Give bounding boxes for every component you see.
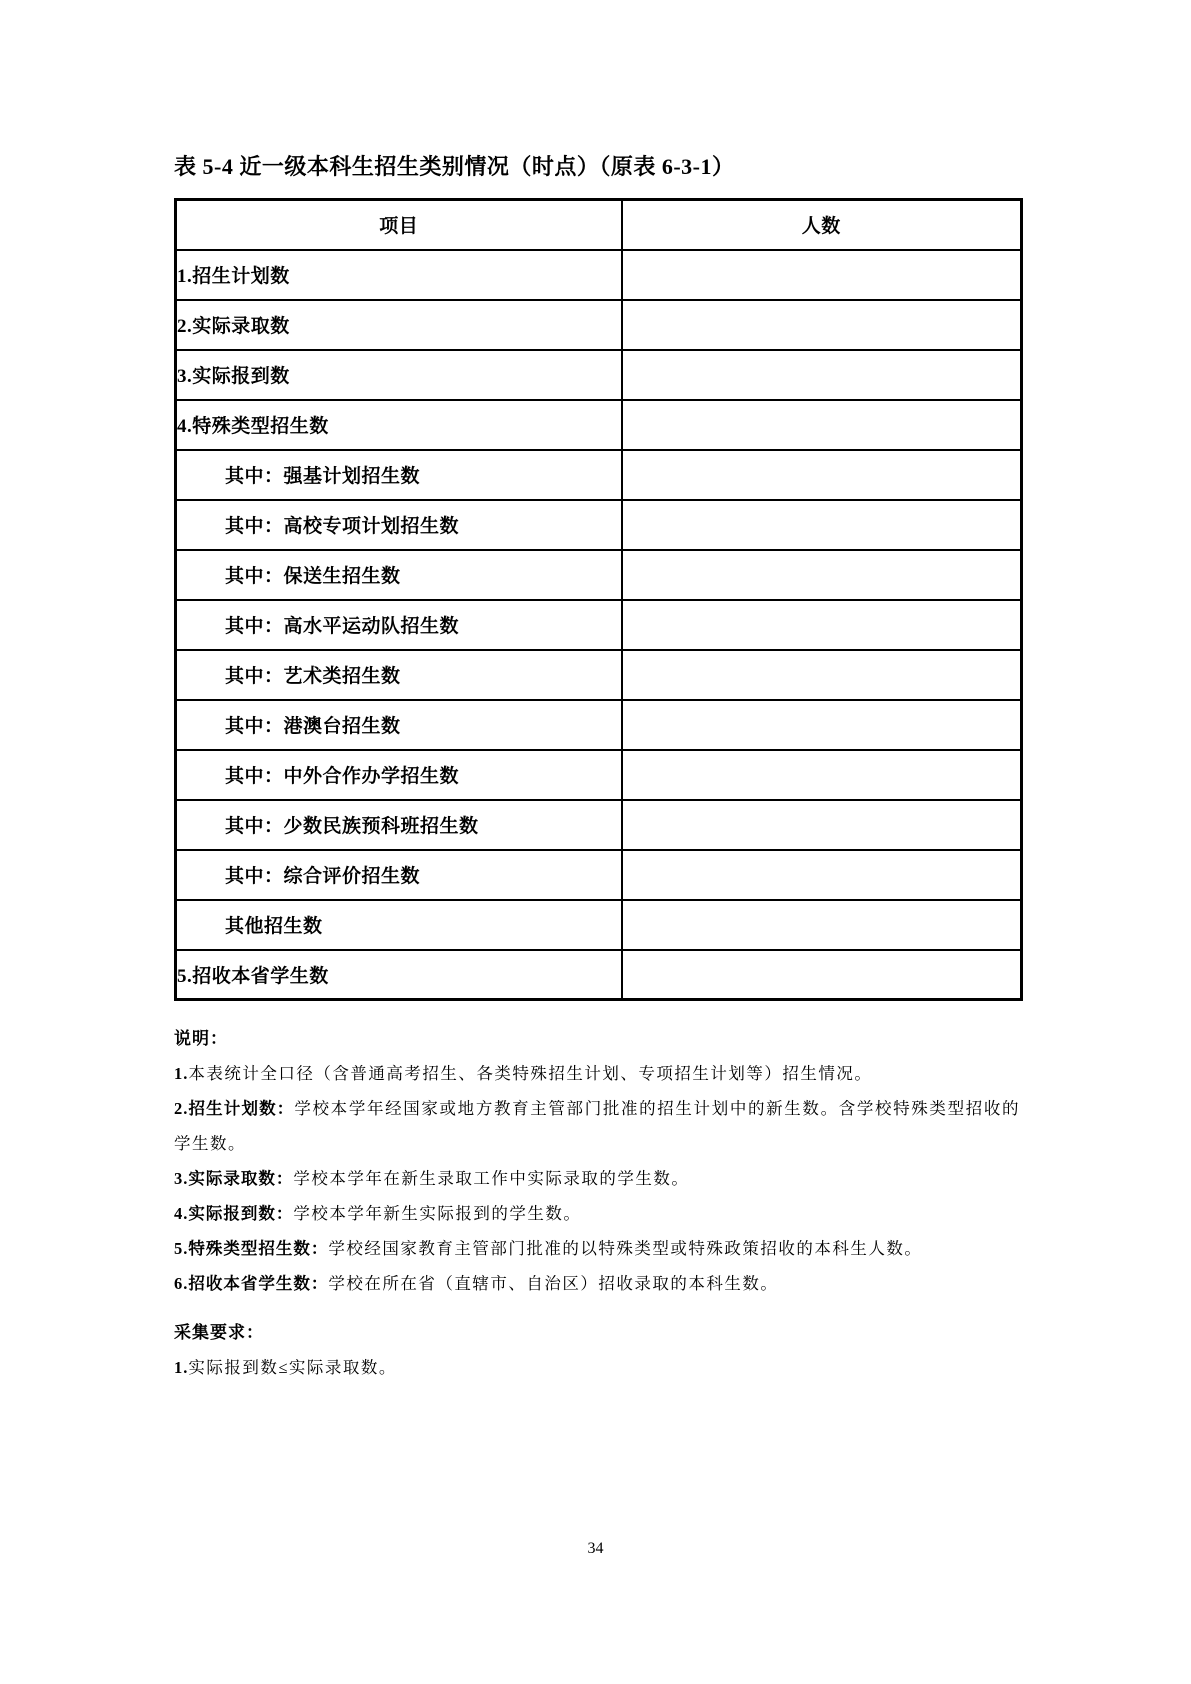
table-row: 其中：中外合作办学招生数 [176,750,1022,800]
note-item: 3.实际录取数：学校本学年在新生录取工作中实际录取的学生数。 [174,1161,1020,1196]
row-label: 其中：艺术类招生数 [176,650,622,700]
table-row: 其中：高校专项计划招生数 [176,500,1022,550]
notes-heading: 说明： [174,1021,1020,1056]
table-row: 1.招生计划数 [176,250,1022,300]
row-label: 其中：中外合作办学招生数 [176,750,622,800]
table-row: 其中：强基计划招生数 [176,450,1022,500]
row-label: 1.招生计划数 [176,250,622,300]
row-label: 其中：高水平运动队招生数 [176,600,622,650]
table-row: 5.招收本省学生数 [176,950,1022,1000]
column-header-item: 项目 [176,200,622,250]
table-header-row: 项目 人数 [176,200,1022,250]
table-row: 其中：港澳台招生数 [176,700,1022,750]
note-label: 2.招生计划数： [174,1099,294,1118]
page-content: 表 5-4 近一级本科生招生类别情况（时点）（原表 6-3-1） 项目 人数 1… [174,152,1020,1385]
row-label: 3.实际报到数 [176,350,622,400]
value-cell [622,600,1022,650]
note-text: 学校本学年经国家或地方教育主管部门批准的招生计划中的新生数。含学校特殊类型招收的… [174,1099,1020,1153]
value-cell [622,800,1022,850]
requirement-item: 1.实际报到数≤实际录取数。 [174,1350,1020,1385]
table-row: 其中：综合评价招生数 [176,850,1022,900]
value-cell [622,450,1022,500]
row-label: 其中：少数民族预科班招生数 [176,800,622,850]
note-item: 1.本表统计全口径（含普通高考招生、各类特殊招生计划、专项招生计划等）招生情况。 [174,1056,1020,1091]
table-title: 表 5-4 近一级本科生招生类别情况（时点）（原表 6-3-1） [174,152,1020,182]
requirements-heading: 采集要求： [174,1315,1020,1350]
note-text: 学校本学年新生实际报到的学生数。 [293,1204,581,1223]
row-label: 其中：综合评价招生数 [176,850,622,900]
note-item: 6.招收本省学生数：学校在所在省（直辖市、自治区）招收录取的本科生数。 [174,1266,1020,1301]
table-row: 其中：高水平运动队招生数 [176,600,1022,650]
requirement-text: 实际报到数≤实际录取数。 [188,1358,397,1377]
row-label: 其中：强基计划招生数 [176,450,622,500]
row-label: 其中：保送生招生数 [176,550,622,600]
requirement-label: 1. [174,1358,188,1377]
row-label: 其中：高校专项计划招生数 [176,500,622,550]
table-row: 3.实际报到数 [176,350,1022,400]
note-label: 6.招收本省学生数： [174,1274,328,1293]
table-row: 其他招生数 [176,900,1022,950]
table-row: 2.实际录取数 [176,300,1022,350]
notes-section: 说明： 1.本表统计全口径（含普通高考招生、各类特殊招生计划、专项招生计划等）招… [174,1021,1020,1385]
value-cell [622,300,1022,350]
value-cell [622,700,1022,750]
note-label: 3.实际录取数： [174,1169,293,1188]
note-label: 4.实际报到数： [174,1204,293,1223]
table-row: 其中：艺术类招生数 [176,650,1022,700]
value-cell [622,500,1022,550]
value-cell [622,650,1022,700]
note-text: 学校经国家教育主管部门批准的以特殊类型或特殊政策招收的本科生人数。 [328,1239,922,1258]
document-page: 表 5-4 近一级本科生招生类别情况（时点）（原表 6-3-1） 项目 人数 1… [0,0,1191,1684]
value-cell [622,750,1022,800]
value-cell [622,850,1022,900]
value-cell [622,400,1022,450]
row-label: 4.特殊类型招生数 [176,400,622,450]
enrollment-category-table: 项目 人数 1.招生计划数 2.实际录取数 3.实际报到数 4.特殊类型招生数 [174,198,1023,1001]
table-row: 4.特殊类型招生数 [176,400,1022,450]
note-item: 2.招生计划数：学校本学年经国家或地方教育主管部门批准的招生计划中的新生数。含学… [174,1091,1020,1161]
note-item: 4.实际报到数：学校本学年新生实际报到的学生数。 [174,1196,1020,1231]
page-number: 34 [0,1540,1191,1558]
row-label: 5.招收本省学生数 [176,950,622,1000]
note-text: 学校本学年在新生录取工作中实际录取的学生数。 [293,1169,689,1188]
value-cell [622,350,1022,400]
value-cell [622,550,1022,600]
value-cell [622,250,1022,300]
requirements-section: 采集要求： 1.实际报到数≤实际录取数。 [174,1315,1020,1385]
row-label: 2.实际录取数 [176,300,622,350]
value-cell [622,950,1022,1000]
note-label: 5.特殊类型招生数： [174,1239,328,1258]
row-label: 其中：港澳台招生数 [176,700,622,750]
table-row: 其中：少数民族预科班招生数 [176,800,1022,850]
note-label: 1. [174,1064,188,1083]
table-row: 其中：保送生招生数 [176,550,1022,600]
note-text: 学校在所在省（直辖市、自治区）招收录取的本科生数。 [328,1274,778,1293]
column-header-value: 人数 [622,200,1022,250]
note-text: 本表统计全口径（含普通高考招生、各类特殊招生计划、专项招生计划等）招生情况。 [188,1064,872,1083]
row-label: 其他招生数 [176,900,622,950]
note-item: 5.特殊类型招生数：学校经国家教育主管部门批准的以特殊类型或特殊政策招收的本科生… [174,1231,1020,1266]
value-cell [622,900,1022,950]
